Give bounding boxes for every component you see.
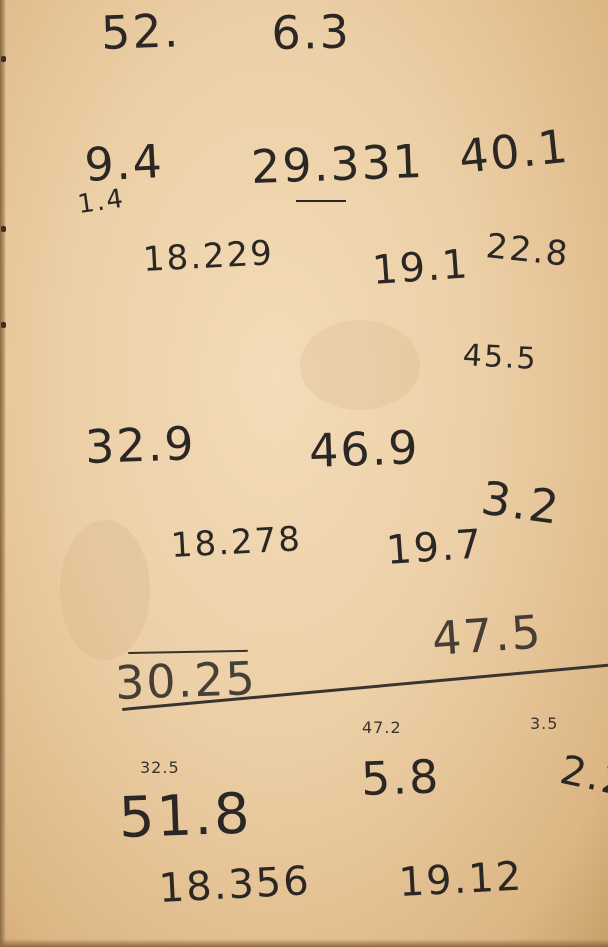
crossed-out-number: 47.5 [430,604,544,666]
handwritten-number: 46.9 [308,420,420,478]
handwritten-number: 22.8 [484,226,571,275]
handwritten-number-cutoff: 2.2 [556,747,608,806]
handwritten-annotation: 3.5 [530,714,558,733]
handwritten-number: 29.331 [250,134,425,194]
handwritten-number-overwrite: 1.4 [76,184,127,220]
handwritten-number: 51.8 [118,781,253,851]
handwritten-number: 5.8 [360,749,441,806]
handwritten-number: 18.229 [142,233,275,280]
handwritten-number: 3.2 [478,471,564,535]
page-bottom-edge [0,939,608,947]
handwritten-number: 19.12 [398,854,525,906]
handwritten-number: 40.1 [456,119,571,184]
paper-stain [60,520,150,660]
handwritten-number: 18.278 [170,519,303,566]
binding-stitch [1,226,6,232]
notebook-page: 52. 6.3 9.4 1.4 29.331 40.1 18.229 19.1 … [0,0,608,947]
page-spine [0,0,6,947]
binding-stitch [1,56,6,62]
handwritten-annotation: 47.2 [362,718,402,737]
handwritten-number: 45.5 [462,338,539,377]
handwritten-number: 19.7 [385,521,485,574]
handwritten-number: 52. [100,3,181,60]
handwritten-number: 32.9 [84,416,196,474]
handwritten-number: 18.356 [158,858,312,912]
handwritten-annotation: 32.5 [140,758,180,777]
binding-stitch [1,322,6,328]
handwritten-number: 9.4 [83,134,165,192]
number-underline [296,200,346,202]
handwritten-number: 6.3 [271,5,351,60]
paper-stain [300,320,420,410]
handwritten-number: 19.1 [371,241,471,294]
